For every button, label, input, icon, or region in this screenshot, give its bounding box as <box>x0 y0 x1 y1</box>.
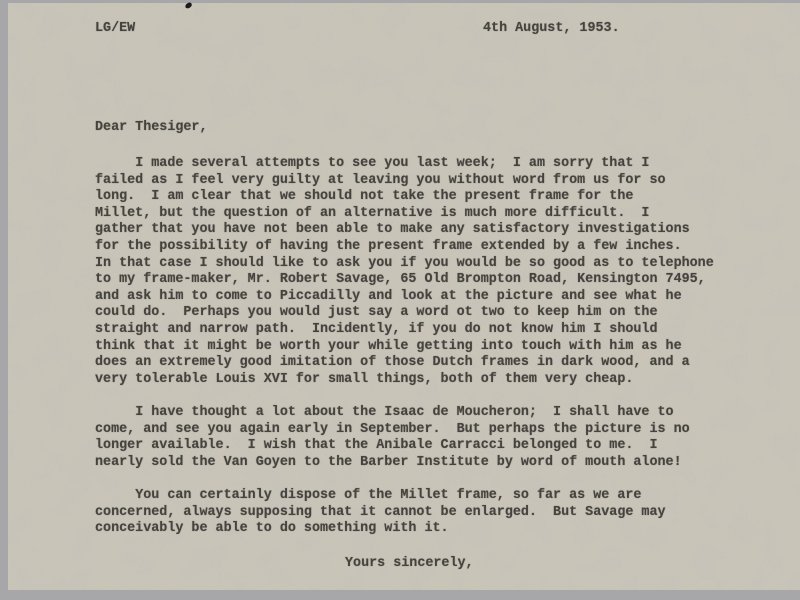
letter-paragraph: I made several attempts to see you last … <box>95 156 740 388</box>
salutation: Dear Thesiger, <box>95 120 208 137</box>
reference-code: LG/EW <box>95 21 135 38</box>
letter-paragraph: I have thought a lot about the Isaac de … <box>95 405 740 471</box>
letter-date: 4th August, 1953. <box>483 21 620 38</box>
closing-signoff: Yours sincerely, <box>345 556 474 573</box>
letter-paragraph: You can certainly dispose of the Millet … <box>95 488 740 538</box>
